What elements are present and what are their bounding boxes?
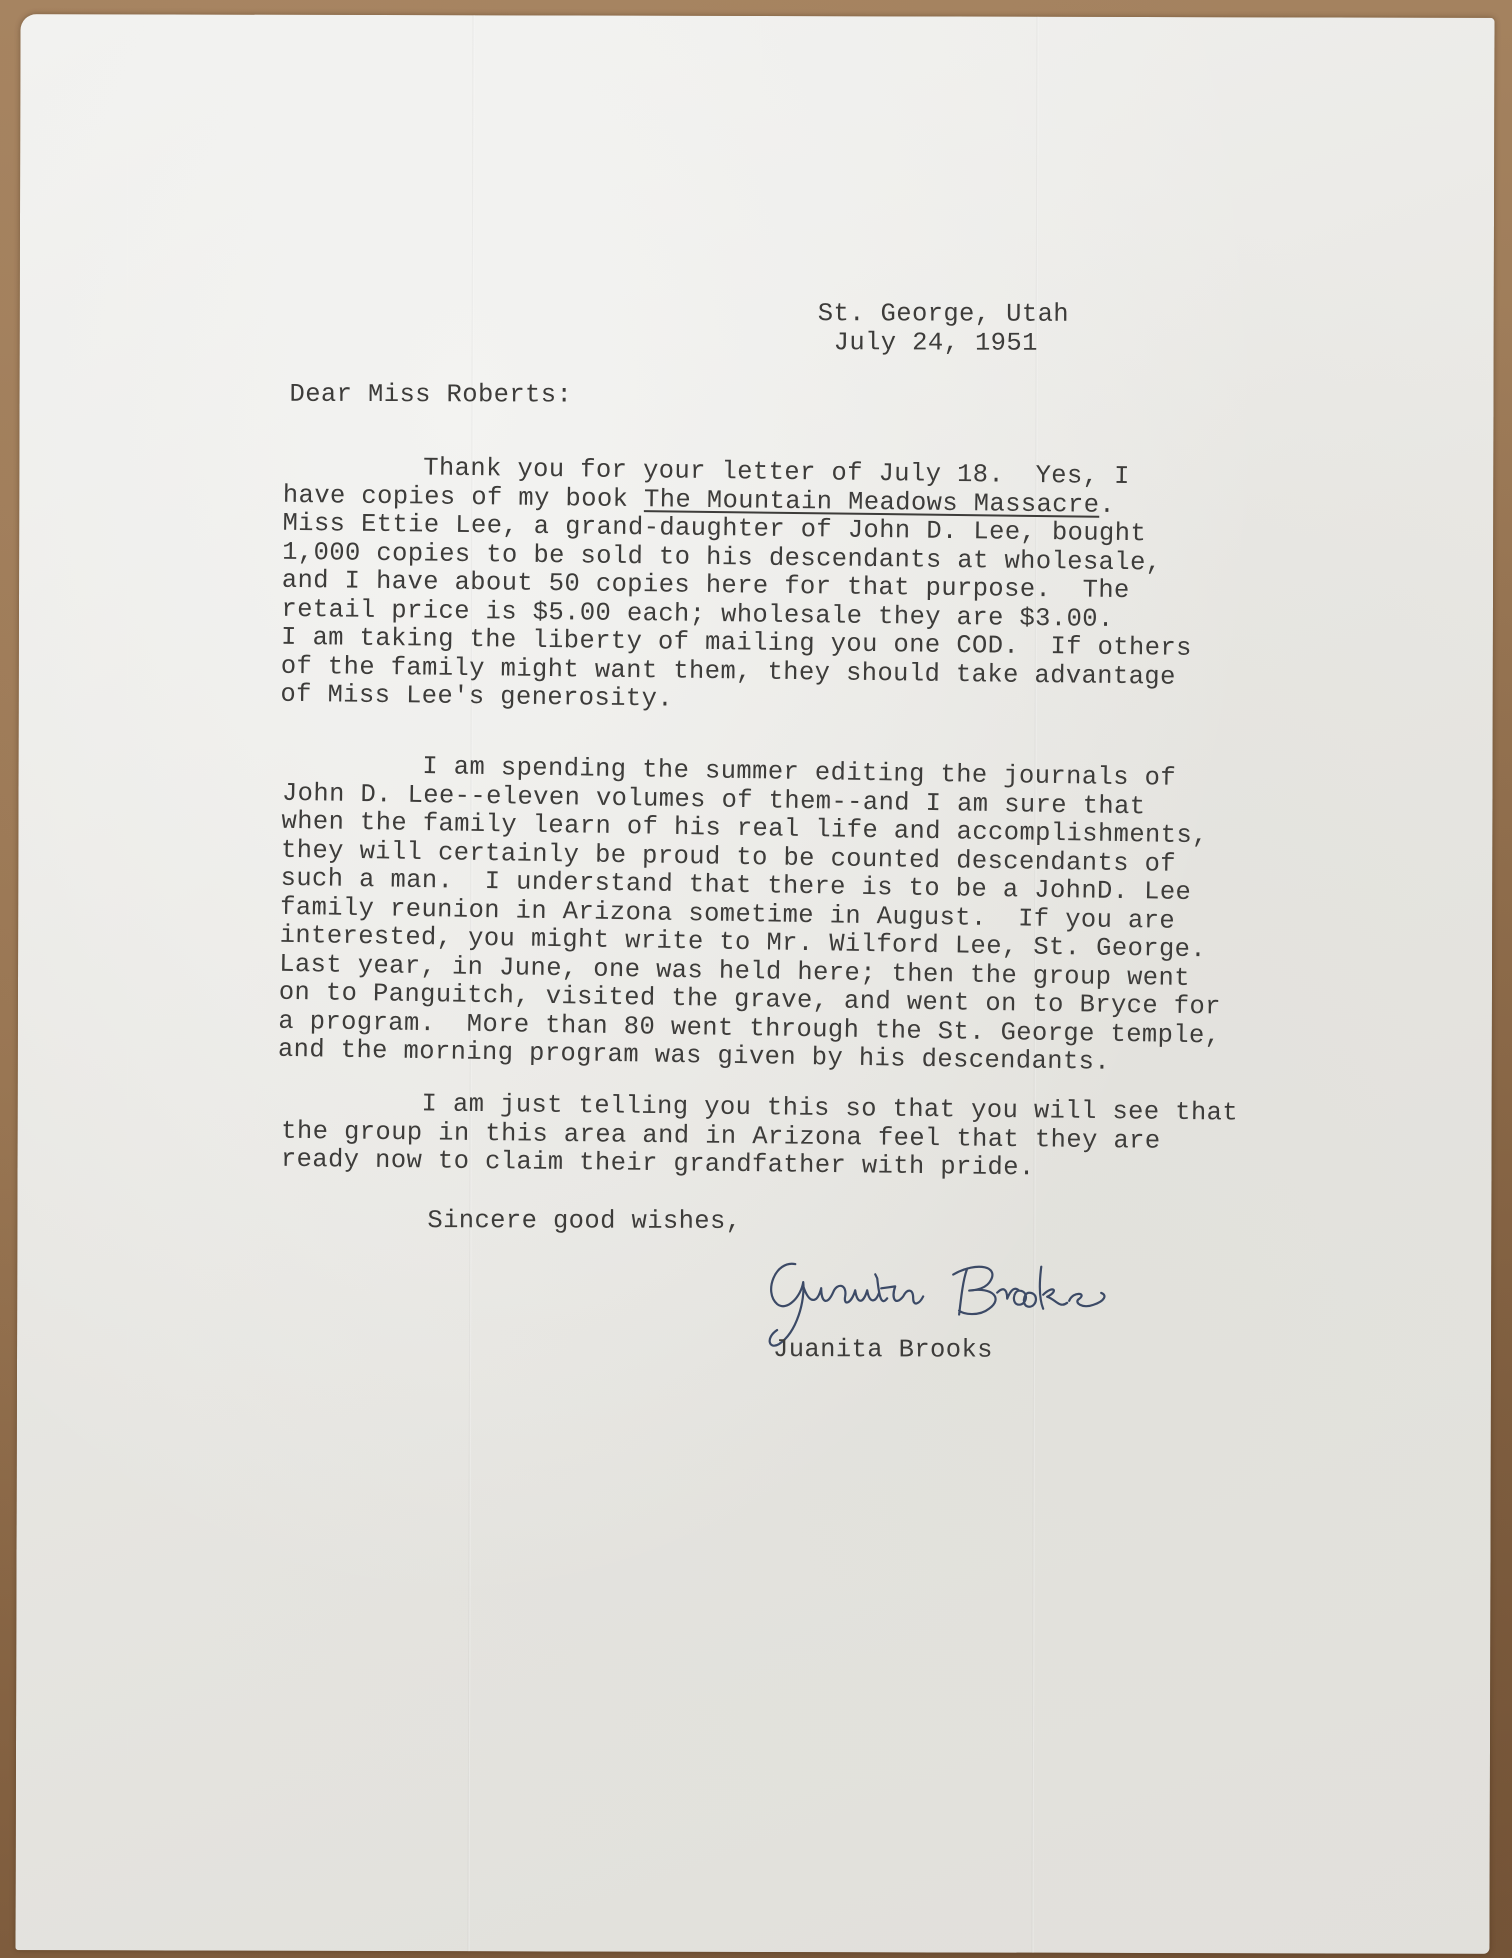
paragraph-1: Thank you for your letter of July 18. Ye… [280, 453, 1393, 723]
letter-location: St. George, Utah [818, 300, 1069, 329]
paragraph-2: I am spending the summer editing the jou… [278, 751, 1393, 1082]
paragraph-3: I am just telling you this so that you w… [281, 1089, 1392, 1187]
text-fragment: . [1099, 490, 1115, 519]
letter-paper: St. George, Utah July 24, 1951 Dear Miss… [15, 14, 1494, 1954]
handwritten-signature [757, 1252, 1137, 1348]
typed-signature-name: Juanita Brooks [773, 1336, 993, 1365]
letter-date: July 24, 1951 [834, 329, 1038, 358]
closing: Sincere good wishes, [427, 1207, 741, 1236]
letter-body: St. George, Utah July 24, 1951 Dear Miss… [15, 14, 1494, 1954]
salutation: Dear Miss Roberts: [290, 381, 573, 410]
